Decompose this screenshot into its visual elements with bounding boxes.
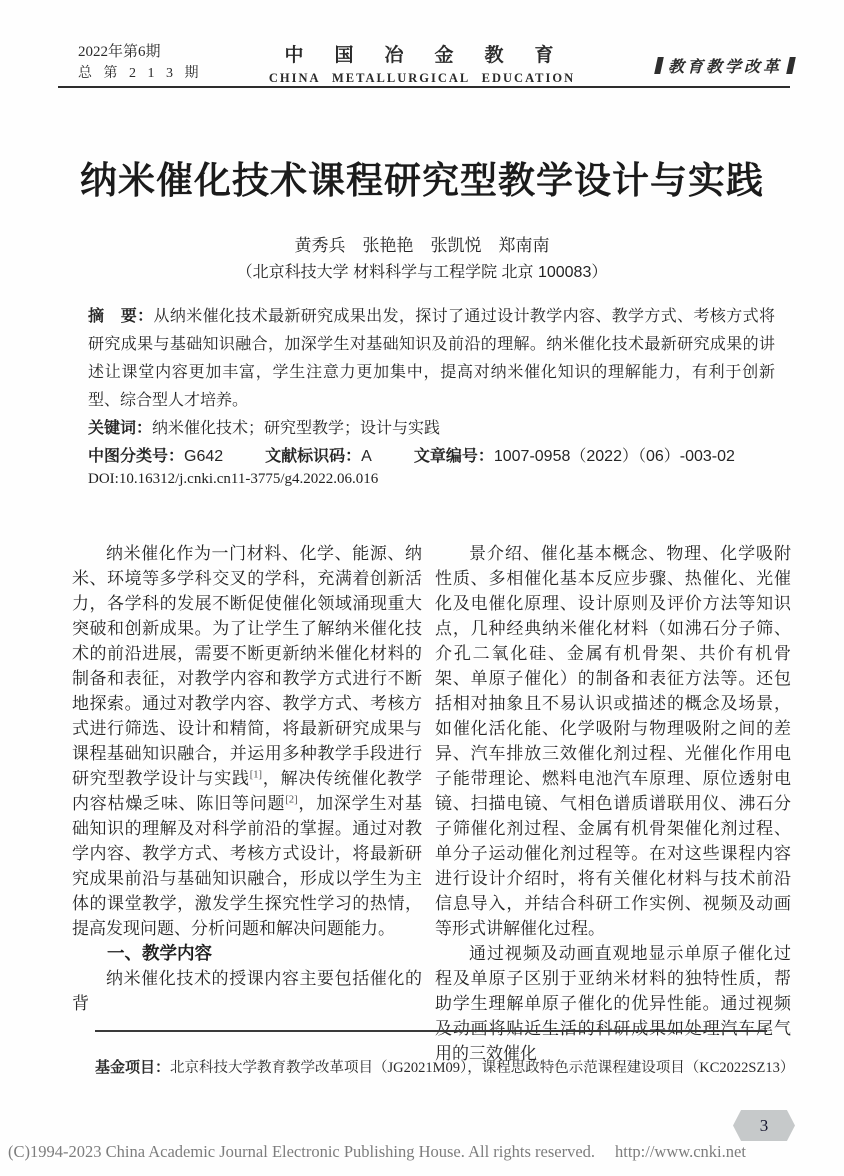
doi: DOI:10.16312/j.cnki.cn11-3775/g4.2022.06… <box>88 471 775 488</box>
article-meta: 摘 要：从纳米催化技术最新研究成果出发，探讨了通过设计教学内容、教学方式、考核方… <box>88 303 775 488</box>
doc-code-value: A <box>361 448 372 465</box>
section-tag-label: 教育教学改革 <box>668 54 782 77</box>
article-title: 纳米催化技术课程研究型教学设计与实践 <box>0 150 844 204</box>
section-heading-1: 一、教学内容 <box>72 941 422 966</box>
header-divider <box>58 86 790 88</box>
abstract-label: 摘 要： <box>88 308 153 325</box>
affiliation: （北京科技大学 材料科学与工程学院 北京 100083） <box>0 259 844 282</box>
copyright-line: (C)1994-2023 China Academic Journal Elec… <box>8 1142 746 1162</box>
abstract-text: 从纳米催化技术最新研究成果出发，探讨了通过设计教学内容、教学方式、考核方式将研究… <box>88 308 775 409</box>
body-column-left: 纳米催化作为一门材料、化学、能源、纳米、环境等多学科交叉的学科，充满着创新活力，… <box>72 541 422 1016</box>
journal-page: 2022年第6期 总 第 2 1 3 期 中 国 冶 金 教 育 CHINA M… <box>0 0 844 1176</box>
funding-label: 基金项目： <box>95 1059 170 1076</box>
abstract: 摘 要：从纳米催化技术最新研究成果出发，探讨了通过设计教学内容、教学方式、考核方… <box>88 303 775 415</box>
authors: 黄秀兵 张艳艳 张凯悦 郑南南 <box>0 231 844 256</box>
funding-text: 北京科技大学教育教学改革项目（JG2021M09），课程思政特色示范课程建设项目… <box>170 1060 794 1076</box>
paragraph: 通过视频及动画直观地显示单原子催化过程及单原子区别于亚纳米材料的独特性质，帮助学… <box>435 941 791 1066</box>
tag-bar-left-icon <box>654 57 664 74</box>
paragraph-text: 纳米催化作为一门材料、化学、能源、纳米、环境等多学科交叉的学科，充满着创新活力，… <box>72 544 422 788</box>
keywords-line: 关键词：纳米催化技术；研究型教学；设计与实践 <box>88 415 775 443</box>
clc-value: G642 <box>184 448 223 465</box>
citation-ref-1: [1] <box>250 769 262 780</box>
footnote-divider <box>95 1030 767 1032</box>
section-tag: 教育教学改革 <box>656 54 794 77</box>
keywords-text: 纳米催化技术；研究型教学；设计与实践 <box>152 420 440 437</box>
paragraph: 纳米催化技术的授课内容主要包括催化的背 <box>72 966 422 1016</box>
page-number-badge: 3 <box>733 1110 795 1141</box>
citation-ref-2: [2] <box>285 794 297 805</box>
funding-note: 基金项目：北京科技大学教育教学改革项目（JG2021M09），课程思政特色示范课… <box>95 1056 795 1077</box>
body-column-right: 景介绍、催化基本概念、物理、化学吸附性质、多相催化基本反应步骤、热催化、光催化及… <box>435 541 791 1066</box>
paragraph-text: ，加深学生对基础知识的理解及对科学前沿的掌握。通过对教学内容、教学方式、考核方式… <box>72 794 422 938</box>
page-number: 3 <box>760 1116 769 1136</box>
paragraph: 景介绍、催化基本概念、物理、化学吸附性质、多相催化基本反应步骤、热催化、光催化及… <box>435 541 791 941</box>
article-id-value: 1007-0958（2022）（06）-003-02 <box>494 448 735 465</box>
paragraph: 纳米催化作为一门材料、化学、能源、纳米、环境等多学科交叉的学科，充满着创新活力，… <box>72 541 422 941</box>
keywords-label: 关键词： <box>88 420 152 437</box>
copyright-text: (C)1994-2023 China Academic Journal Elec… <box>8 1142 595 1161</box>
doc-code-label: 文献标识码： <box>265 448 361 465</box>
article-id-label: 文章编号： <box>414 448 494 465</box>
classification-line: 中图分类号：G642文献标识码：A文章编号：1007-0958（2022）（06… <box>88 443 775 471</box>
clc-label: 中图分类号： <box>88 448 184 465</box>
cnki-url: http://www.cnki.net <box>615 1142 746 1161</box>
